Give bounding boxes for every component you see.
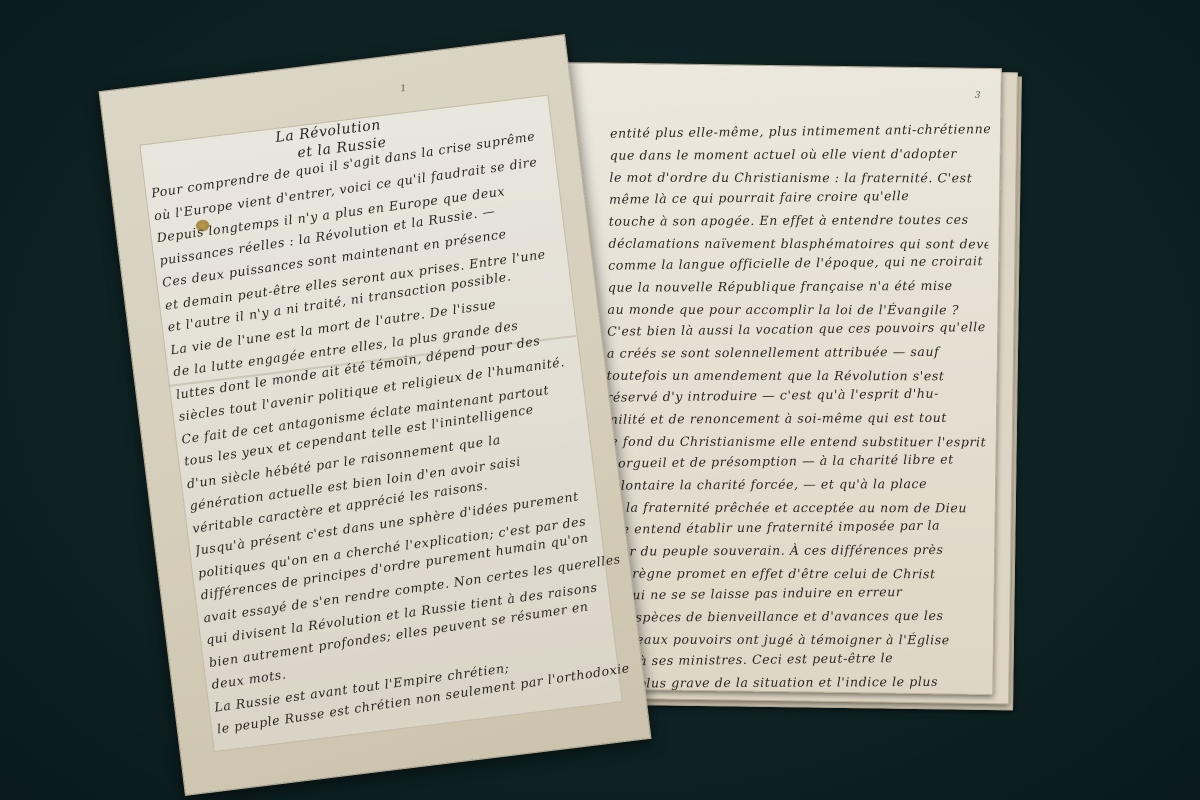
handwritten-line: ce qui ne se se laisse pas induire en er… (603, 583, 983, 603)
handwritten-line: le mot d'ordre du Christianisme : la fra… (609, 170, 989, 186)
handwritten-line: volontaire la charité forcée, — et qu'à … (605, 476, 985, 493)
handwritten-line: son règne promet en effet d'être celui d… (604, 566, 984, 582)
handwritten-line: déclamations naïvement blasphématoires q… (608, 236, 988, 252)
handwritten-line: que dans le moment actuel où elle vient … (610, 146, 990, 163)
handwritten-line: nouveaux pouvoirs ont jugé à témoigner à… (603, 632, 983, 648)
handwritten-line: réservé d'y introduire — c'est qu'à l'es… (606, 385, 986, 405)
handwritten-line: ... le plus grave de la situation et l'i… (602, 674, 982, 691)
handwritten-line: elle entend établir une fraternité impos… (604, 517, 984, 537)
handwritten-line: que la nouvelle République française n'a… (608, 278, 988, 295)
handwritten-line: comme la langue officielle de l'époque, … (608, 253, 988, 273)
handwritten-line: peur du peuple souverain. À ces différen… (604, 542, 984, 559)
page-number: 1 (400, 84, 407, 95)
handwritten-line: entité plus elle-même, plus intimement a… (610, 121, 990, 141)
handwritten-line: a créés se sont solennellement attribuée… (607, 344, 987, 361)
handwritten-line: de la fraternité prêchée et acceptée au … (605, 500, 985, 516)
handwritten-line: le fond du Christianisme elle entend sub… (606, 434, 986, 450)
handwritten-line: C'est bien là aussi la vocation que ces … (607, 319, 987, 339)
handwritten-line: milité et de renoncement à soi-même qui … (606, 410, 986, 427)
left-manuscript-page: 1 La Révolution et la Russie Pour compre… (98, 34, 651, 796)
handwritten-line: toutefois un amendement que la Révolutio… (607, 368, 987, 384)
handwritten-line: au monde que pour accomplir la loi de l'… (608, 302, 988, 318)
handwritten-line: d'orgueil et de présomption — à la chari… (605, 451, 985, 471)
page-number: 3 (975, 91, 981, 101)
right-page-text: entité plus elle-même, plus intimement a… (561, 63, 1001, 69)
handwritten-line: les espèces de bienveillance et d'avance… (603, 608, 983, 625)
handwritten-line: ... et à ses ministres. Ceci est peut-êt… (603, 649, 983, 669)
handwritten-line: même là ce qui pourrait faire croire qu'… (609, 187, 989, 207)
photo-scene: 3 entité plus elle-même, plus intimement… (0, 0, 1200, 800)
handwritten-line: touche à son apogée. En effet à entendre… (609, 212, 989, 229)
